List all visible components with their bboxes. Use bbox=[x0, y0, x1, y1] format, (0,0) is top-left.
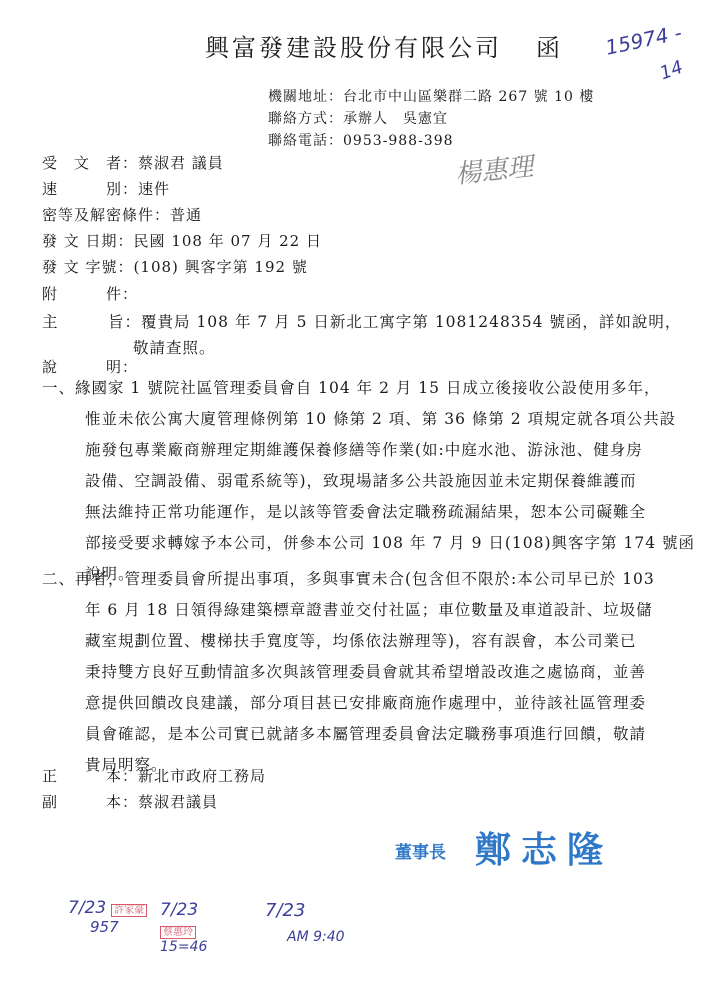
receipt-note-1: 7/23 許家豪 957 bbox=[68, 898, 147, 936]
paragraph-line: 無法維持正常功能運作，是以該等管委會法定職務疏漏結果，恕本公司礙難全 bbox=[42, 497, 695, 528]
number-row: 發 文 字號：(108) 興客字第 192 號 bbox=[42, 256, 308, 277]
paragraph-line: 意提供回饋改良建議，部分項目甚已安排廠商施作處理中，並待該社區管理委 bbox=[42, 688, 655, 719]
number-label: 發 文 字號： bbox=[42, 256, 134, 277]
copy-label: 副 本： bbox=[42, 793, 138, 811]
document-type: 函 bbox=[536, 34, 563, 62]
subject-label: 主 旨： bbox=[42, 310, 141, 332]
recipient-value: 蔡淑君 議員 bbox=[138, 154, 224, 172]
phone-label: 聯絡電話： bbox=[268, 133, 343, 149]
note-date: 7/23 bbox=[68, 898, 106, 918]
subject-line-2: 敬請查照。 bbox=[133, 336, 216, 358]
phone-value: 0953-988-398 bbox=[343, 133, 454, 149]
classification-row: 密等及解密條件：普通 bbox=[42, 204, 202, 225]
paragraph-line: 設備、空調設備、弱電系統等)，致現場諸多公共設施因並未定期保養維護而 bbox=[42, 466, 695, 497]
paragraph-line: 年 6 月 18 日領得綠建築標章證書並交付社區；車位數量及車道設計、垃圾儲 bbox=[42, 595, 655, 626]
date-row: 發 文 日期：民國 108 年 07 月 22 日 bbox=[42, 230, 322, 251]
phone-line: 聯絡電話：0953-988-398 bbox=[268, 130, 454, 150]
paragraph-line: 部接受要求轉嫁予本公司，併參本公司 108 年 7 月 9 日(108)興客字第… bbox=[42, 528, 695, 559]
pencil-annotation: 楊惠理 bbox=[453, 146, 534, 191]
date-value: 民國 108 年 07 月 22 日 bbox=[134, 232, 322, 250]
classification-value: 普通 bbox=[170, 206, 202, 224]
address-label: 機關地址： bbox=[268, 89, 343, 105]
handwritten-serial-suffix: 14 bbox=[657, 57, 686, 85]
contact-line: 聯絡方式：承辦人 吳憲宜 bbox=[268, 108, 448, 128]
date-label: 發 文 日期： bbox=[42, 230, 134, 251]
explanation-item-1: 一、緣國家 1 號院社區管理委員會自 104 年 2 月 15 日成立後接收公設… bbox=[42, 373, 695, 590]
note-date: 7/23 bbox=[265, 900, 345, 921]
name-stamp: 蔡惠玲 bbox=[160, 926, 196, 939]
name-stamp: 許家豪 bbox=[111, 904, 147, 917]
copy-recipient-row: 副 本：蔡淑君議員 bbox=[42, 791, 218, 812]
paragraph-line: 二、再者，管理委員會所提出事項，多與事實未合(包含但不限於:本公司早已於 103 bbox=[42, 564, 655, 595]
note-time: AM 9:40 bbox=[287, 929, 345, 945]
number-value: (108) 興客字第 192 號 bbox=[134, 258, 308, 276]
paragraph-line: 一、緣國家 1 號院社區管理委員會自 104 年 2 月 15 日成立後接收公設… bbox=[42, 373, 695, 404]
subject-line-1: 覆貴局 108 年 7 月 5 日新北工寓字第 1081248354 號函，詳如… bbox=[141, 313, 681, 331]
recipient-label: 受 文 者： bbox=[42, 152, 138, 173]
address-line: 機關地址：台北市中山區樂群二路 267 號 10 樓 bbox=[268, 86, 594, 106]
paragraph-line: 惟並未依公寓大廈管理條例第 10 條第 2 項、第 36 條第 2 項規定就各項… bbox=[42, 404, 695, 435]
primary-label: 正 本： bbox=[42, 767, 138, 785]
copy-value: 蔡淑君議員 bbox=[138, 793, 218, 811]
paragraph-line: 藏室規劃位置、樓梯扶手寬度等，均係依法辦理等)，容有誤會，本公司業已 bbox=[42, 626, 655, 657]
paragraph-line: 員會確認，是本公司實已就諸多本屬管理委員會法定職務事項進行回饋，敬請 bbox=[42, 719, 655, 750]
receipt-note-3: 7/23 AM 9:40 bbox=[265, 900, 345, 945]
speed-value: 速件 bbox=[138, 180, 170, 198]
note-date: 7/23 bbox=[160, 900, 207, 920]
explanation-item-2: 二、再者，管理委員會所提出事項，多與事實未合(包含但不限於:本公司早已於 103… bbox=[42, 564, 655, 781]
paragraph-line: 施發包專業廠商辦理定期維護保養修繕等作業(如:中庭水池、游泳池、健身房 bbox=[42, 435, 695, 466]
note-code: 15=46 bbox=[160, 939, 207, 955]
paragraph-line: 秉持雙方良好互動情誼多次與該管理委員會就其希望增設改進之處協商，並善 bbox=[42, 657, 655, 688]
primary-recipient-row: 正 本：新北市政府工務局 bbox=[42, 765, 266, 786]
subject-row: 主 旨：覆貴局 108 年 7 月 5 日新北工寓字第 1081248354 號… bbox=[42, 310, 681, 332]
company-name: 興富發建設股份有限公司 bbox=[205, 34, 502, 62]
attachment-row: 附 件： bbox=[42, 283, 138, 304]
note-time: 957 bbox=[90, 918, 147, 936]
address-value: 台北市中山區樂群二路 267 號 10 樓 bbox=[343, 89, 594, 105]
speed-label: 速 別： bbox=[42, 178, 138, 199]
primary-value: 新北市政府工務局 bbox=[138, 767, 266, 785]
recipient-row: 受 文 者：蔡淑君 議員 bbox=[42, 152, 224, 173]
signature-title: 董事長 bbox=[395, 838, 446, 863]
document-title: 興富發建設股份有限公司函 bbox=[205, 28, 563, 63]
handwritten-serial: 15974 - bbox=[603, 20, 684, 60]
signature-name: 鄭志隆 bbox=[475, 822, 613, 873]
contact-value: 承辦人 吳憲宜 bbox=[343, 111, 448, 127]
speed-row: 速 別：速件 bbox=[42, 178, 170, 199]
attachment-label: 附 件： bbox=[42, 283, 138, 304]
receipt-note-2: 7/23 蔡惠玲 15=46 bbox=[160, 900, 207, 955]
classification-label: 密等及解密條件： bbox=[42, 204, 170, 225]
contact-label: 聯絡方式： bbox=[268, 111, 343, 127]
